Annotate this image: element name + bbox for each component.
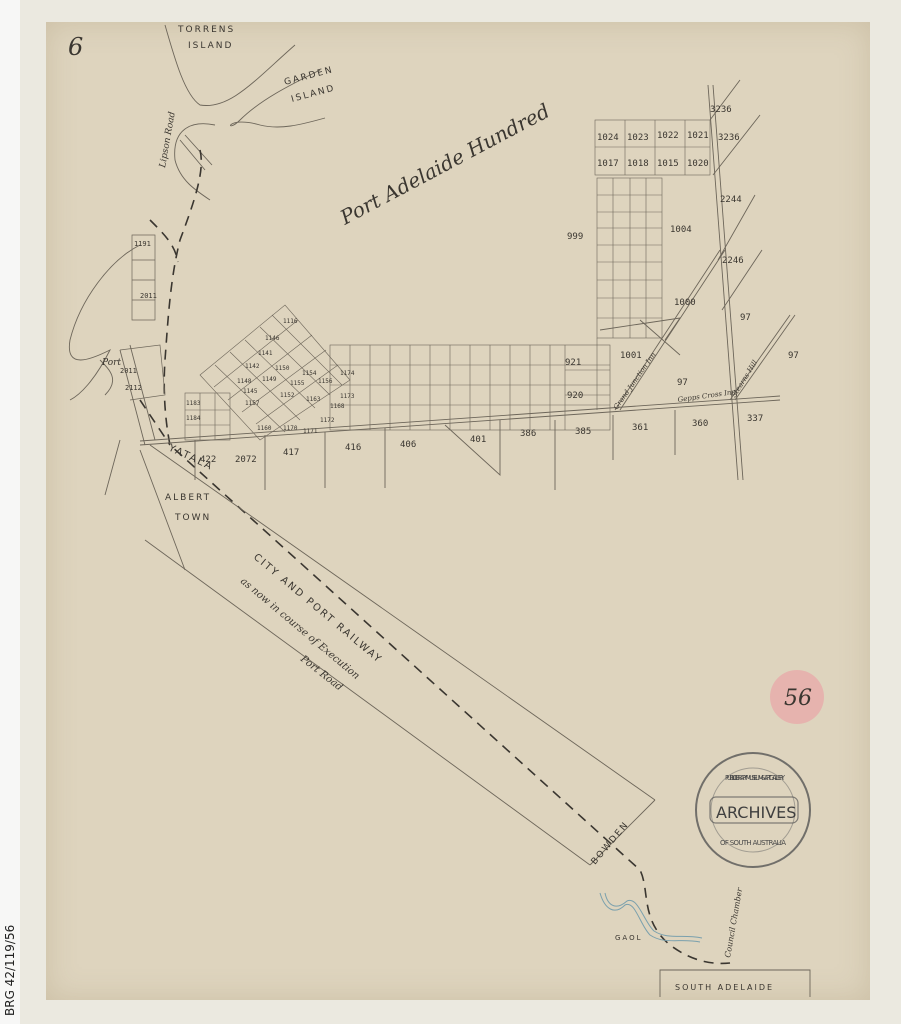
svg-text:1168: 1168 bbox=[330, 403, 345, 410]
railway-route bbox=[164, 150, 730, 963]
svg-text:97: 97 bbox=[788, 351, 799, 361]
svg-text:97: 97 bbox=[740, 313, 751, 323]
svg-text:1156: 1156 bbox=[318, 378, 333, 385]
svg-text:1020: 1020 bbox=[687, 159, 709, 169]
svg-text:1160: 1160 bbox=[257, 425, 272, 432]
svg-text:1149: 1149 bbox=[262, 376, 277, 383]
label-south-adelaide: SOUTH ADELAIDE bbox=[675, 983, 774, 992]
svg-text:1116: 1116 bbox=[283, 318, 298, 325]
stamp-number: 56 bbox=[784, 686, 812, 711]
svg-text:1146: 1146 bbox=[265, 335, 280, 342]
svg-text:1171: 1171 bbox=[303, 428, 318, 435]
svg-text:2011: 2011 bbox=[120, 367, 137, 375]
svg-text:401: 401 bbox=[470, 435, 486, 445]
archives-stamp-text: ARCHIVES bbox=[716, 803, 796, 822]
port-road-corridor bbox=[105, 440, 655, 865]
svg-text:2011: 2011 bbox=[140, 292, 157, 300]
label-town: TOWN bbox=[174, 513, 211, 523]
svg-text:1004: 1004 bbox=[670, 225, 692, 235]
svg-text:1172: 1172 bbox=[320, 417, 335, 424]
svg-text:1155: 1155 bbox=[290, 380, 305, 387]
svg-text:417: 417 bbox=[283, 448, 299, 458]
svg-text:3236: 3236 bbox=[718, 133, 740, 143]
svg-text:337: 337 bbox=[747, 414, 763, 424]
svg-text:3236: 3236 bbox=[710, 105, 732, 115]
svg-text:97: 97 bbox=[677, 378, 688, 388]
svg-text:1000: 1000 bbox=[674, 298, 696, 308]
red-number-stamp: 56 bbox=[770, 670, 824, 724]
river-channel bbox=[180, 135, 212, 170]
svg-text:1145: 1145 bbox=[243, 388, 258, 395]
svg-text:1174: 1174 bbox=[340, 370, 355, 377]
railway-branch bbox=[140, 220, 178, 445]
svg-text:385: 385 bbox=[575, 427, 591, 437]
svg-text:2112: 2112 bbox=[125, 384, 142, 392]
svg-text:1022: 1022 bbox=[657, 131, 679, 141]
svg-text:1018: 1018 bbox=[627, 159, 649, 169]
svg-text:2072: 2072 bbox=[235, 455, 257, 465]
svg-text:920: 920 bbox=[567, 391, 583, 401]
map-title: Port Adelaide Hundred bbox=[335, 99, 553, 230]
label-garden-island: ISLAND bbox=[290, 83, 336, 104]
section-lines-south bbox=[195, 410, 675, 490]
svg-text:1021: 1021 bbox=[687, 131, 709, 141]
svg-text:1017: 1017 bbox=[597, 159, 619, 169]
svg-text:1141: 1141 bbox=[258, 350, 273, 357]
svg-text:360: 360 bbox=[692, 419, 708, 429]
svg-text:1173: 1173 bbox=[340, 393, 355, 400]
label-albert: ALBERT bbox=[165, 493, 211, 503]
svg-text:999: 999 bbox=[567, 232, 583, 242]
svg-text:1150: 1150 bbox=[275, 365, 290, 372]
label-bowden: BOWDEN bbox=[590, 820, 632, 867]
archives-stamp-ring-top: PUBLIC LIBRARY MUSEUM & ART GALLERY bbox=[725, 774, 786, 782]
label-council-chamber: Council Chamber bbox=[723, 886, 744, 958]
svg-text:921: 921 bbox=[565, 358, 581, 368]
svg-text:1184: 1184 bbox=[186, 415, 201, 422]
svg-text:2246: 2246 bbox=[722, 256, 744, 266]
svg-text:422: 422 bbox=[200, 455, 216, 465]
label-gaol: GAOL bbox=[615, 934, 643, 942]
svg-text:386: 386 bbox=[520, 429, 536, 439]
svg-text:1191: 1191 bbox=[134, 240, 151, 248]
svg-text:1001: 1001 bbox=[620, 351, 642, 361]
svg-text:1163: 1163 bbox=[306, 396, 321, 403]
sheet-number: 6 bbox=[68, 33, 83, 61]
label-torrens-island: ISLAND bbox=[188, 41, 233, 51]
historic-map: 6 TORRENS ISLAND GARDEN ISLAND Lipson Ro… bbox=[0, 0, 901, 1024]
svg-text:1148: 1148 bbox=[237, 378, 252, 385]
svg-text:1152: 1152 bbox=[280, 392, 295, 399]
svg-text:1142: 1142 bbox=[245, 363, 260, 370]
svg-text:1154: 1154 bbox=[302, 370, 317, 377]
svg-text:2244: 2244 bbox=[720, 195, 742, 205]
svg-text:361: 361 bbox=[632, 423, 648, 433]
svg-text:1157: 1157 bbox=[245, 400, 260, 407]
archives-stamp: ARCHIVES PUBLIC LIBRARY MUSEUM & ART GAL… bbox=[696, 753, 810, 867]
svg-text:416: 416 bbox=[345, 443, 361, 453]
archives-stamp-ring-bottom: OF SOUTH AUSTRALIA bbox=[720, 839, 786, 847]
svg-text:1015: 1015 bbox=[657, 159, 679, 169]
svg-text:1023: 1023 bbox=[627, 133, 649, 143]
svg-text:406: 406 bbox=[400, 440, 416, 450]
label-torrens: TORRENS bbox=[177, 25, 235, 35]
svg-text:1183: 1183 bbox=[186, 400, 201, 407]
svg-text:1024: 1024 bbox=[597, 133, 619, 143]
svg-text:1170: 1170 bbox=[283, 425, 298, 432]
label-port: Port bbox=[101, 358, 121, 368]
